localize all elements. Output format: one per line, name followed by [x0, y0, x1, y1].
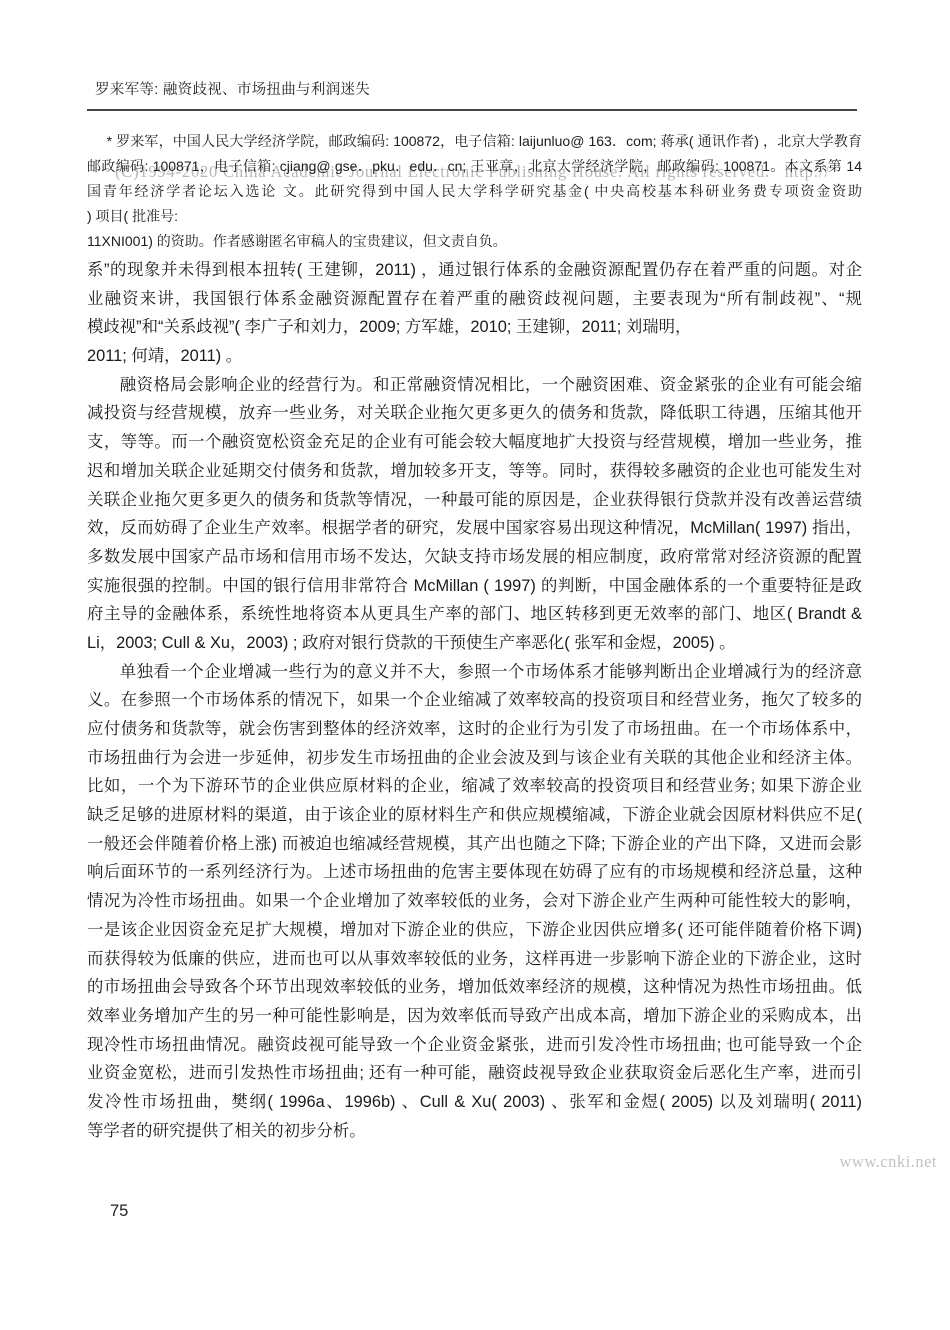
- text-line: 市场扭曲行为会进一步延伸，初步发生市场扭曲的企业会波及到与该企业有关联的其他企业…: [87, 744, 862, 773]
- text-line: 11XNI001) 的资助。作者感谢匿名审稿人的宝贵建议，但文责自负。: [87, 229, 862, 254]
- text-line: 单独看一个企业增减一些行为的意义并不大，参照一个市场体系才能够判断出企业增减行为…: [87, 658, 862, 687]
- text-line: 系”的现象并未得到根本扭转( 王建铆，2011) ，通过银行体系的金融资源配置仍…: [87, 256, 862, 285]
- text-line: 情况为冷性市场扭曲。如果一个企业增加了效率较低的业务，会对下游企业产生两种可能性…: [87, 887, 862, 916]
- text-line: 等学者的研究提供了相关的初步分析。: [87, 1117, 862, 1146]
- body-text: 系”的现象并未得到根本扭转( 王建铆，2011) ，通过银行体系的金融资源配置仍…: [87, 256, 862, 1145]
- page-number: 75: [110, 1202, 128, 1221]
- text-line: 一是该企业因资金充足扩大规模，增加对下游企业的供应，下游企业因供应增多( 还可能…: [87, 916, 862, 945]
- text-line: 响后面环节的一系列经济行为。上述市场扭曲的危害主要体现在妨碍了应有的市场规模和经…: [87, 858, 862, 887]
- text-line: 邮政编码: 100871，电子信箱: cjiang@ gse．pku．edu．c…: [87, 154, 862, 179]
- header-rule: [87, 109, 857, 111]
- text-line: 实施很强的控制。中国的银行信用非常符合 McMillan ( 1997) 的判断…: [87, 572, 862, 601]
- text-line: 缺乏足够的进原材料的渠道，由于该企业的原材料生产和供应规模缩减，下游企业就会因原…: [87, 801, 862, 830]
- text-line: ) 项目( 批准号:: [87, 204, 862, 229]
- text-line: Li，2003; Cull & Xu，2003) ; 政府对银行贷款的干预使生产…: [87, 629, 862, 658]
- text-line: 减投资与经营规模，放弃一些业务，对关联企业拖欠更多更久的债务和货款，降低职工待遇…: [87, 399, 862, 428]
- cnki-watermark: www.cnki.net: [840, 1152, 938, 1172]
- text-line: 多数发展中国家产品市场和信用市场不发达，欠缺支持市场发展的相应制度，政府常常对经…: [87, 543, 862, 572]
- text-line: 效，反而妨碍了企业生产效率。根据学者的研究，发展中国家容易出现这种情况，McMi…: [87, 514, 862, 543]
- text-line: 业融资来讲，我国银行体系金融资源配置存在着严重的融资歧视问题，主要表现为“所有制…: [87, 285, 862, 314]
- text-line: 而获得较为低廉的供应，进而也可以从事效率较低的业务，这样再进一步影响下游企业的下…: [87, 945, 862, 974]
- text-line: 义。在参照一个市场体系的情况下，如果一个企业缩减了效率较高的投资项目和经营业务，…: [87, 686, 862, 715]
- text-line: 的市场扭曲会导致各个环节出现效率较低的业务，增加低效率经济的规模，这种情况为热性…: [87, 973, 862, 1002]
- text-line: * 罗来军，中国人民大学经济学院，邮政编码: 100872，电子信箱: laij…: [87, 129, 862, 154]
- text-line: 2011; 何靖，2011) 。: [87, 342, 862, 371]
- text-line: 业资金宽松，进而引发热性市场扭曲; 还有一种可能，融资歧视导致企业获取资金后恶化…: [87, 1059, 862, 1088]
- text-line: 效率业务增加产生的另一种可能性影响是，因为效率低而导致产出成本高，增加下游企业的…: [87, 1002, 862, 1031]
- footnote-block: * 罗来军，中国人民大学经济学院，邮政编码: 100872，电子信箱: laij…: [87, 129, 862, 254]
- text-line: 国青年经济学者论坛入选论 文。此研究得到中国人民大学科学研究基金( 中央高校基本…: [87, 179, 862, 204]
- text-line: 一般还会伴随着价格上涨) 而被迫也缩减经营规模，其产出也随之下降; 下游企业的产…: [87, 830, 862, 859]
- text-line: 迟和增加关联企业延期交付债务和货款，增加较多开支，等等。同时，获得较多融资的企业…: [87, 457, 862, 486]
- text-line: 支，等等。而一个融资宽松资金充足的企业有可能会较大幅度地扩大投资与经营规模，增加…: [87, 428, 862, 457]
- paragraph-1: 系”的现象并未得到根本扭转( 王建铆，2011) ，通过银行体系的金融资源配置仍…: [87, 256, 862, 371]
- text-line: 比如，一个为下游环节的企业供应原材料的企业，缩减了效率较高的投资项目和经营业务;…: [87, 772, 862, 801]
- text-line: 模歧视”和“关系歧视”( 李广子和刘力，2009; 方军雄，2010; 王建铆，…: [87, 313, 862, 342]
- text-line: 融资格局会影响企业的经营行为。和正常融资情况相比，一个融资困难、资金紧张的企业有…: [87, 371, 862, 400]
- running-header: 罗来军等: 融资歧视、市场扭曲与利润迷失: [95, 78, 370, 99]
- text-line: 发冷性市场扭曲，樊纲( 1996a、1996b) 、Cull & Xu( 200…: [87, 1088, 862, 1117]
- paragraph-3: 单独看一个企业增减一些行为的意义并不大，参照一个市场体系才能够判断出企业增减行为…: [87, 658, 862, 1146]
- text-line: 应付债务和货款等，就会伤害到整体的经济效率，这时的企业行为引发了市场扭曲。在一个…: [87, 715, 862, 744]
- text-line: 府主导的金融体系，系统性地将资本从更具生产率的部门、地区转移到更无效率的部门、地…: [87, 600, 862, 629]
- text-line: 现冷性市场扭曲情况。融资歧视可能导致一个企业资金紧张，进而引发冷性市场扭曲; 也…: [87, 1031, 862, 1060]
- page: 罗来军等: 融资歧视、市场扭曲与利润迷失 (C)1994-2020 China …: [0, 0, 950, 1330]
- paragraph-2: 融资格局会影响企业的经营行为。和正常融资情况相比，一个融资困难、资金紧张的企业有…: [87, 371, 862, 658]
- text-line: 关联企业拖欠更多更久的债务和货款等情况，一种最可能的原因是，企业获得银行贷款并没…: [87, 486, 862, 515]
